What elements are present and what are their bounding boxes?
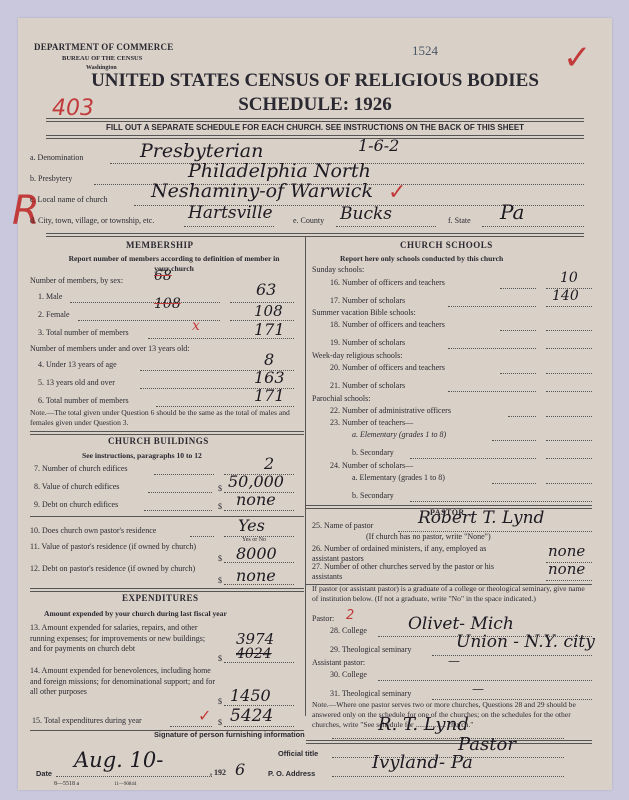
dotted-line	[546, 416, 592, 417]
county-field[interactable]: Bucks	[340, 204, 392, 224]
q28-field[interactable]: Olivet- Mich	[408, 614, 514, 634]
date-field[interactable]: Aug. 10-	[74, 748, 163, 772]
summer-schools-label: Summer vacation Bible schools:	[312, 308, 416, 317]
edifices-debt-field[interactable]: none	[236, 490, 276, 509]
dotted-line	[482, 226, 584, 227]
church-schools-intro: Report here only schools conducted by th…	[340, 254, 503, 263]
divider	[46, 135, 584, 139]
graduate-instructions: If pastor (or assistant pastor) is a gra…	[312, 584, 590, 604]
q16-field[interactable]: 10	[560, 270, 578, 286]
dotted-line	[492, 483, 536, 484]
dotted-line	[410, 458, 536, 459]
divider	[30, 431, 304, 435]
male-label: 1. Male	[38, 292, 62, 301]
census-schedule-sheet: DEPARTMENT OF COMMERCE BUREAU OF THE CEN…	[18, 18, 612, 790]
dotted-line	[156, 406, 294, 407]
pastor-sub-label: Pastor:	[312, 614, 334, 623]
membership-intro: Report number of members according to de…	[64, 254, 284, 274]
female-crossed-value: 108	[154, 296, 181, 312]
dollar-sign: $	[218, 697, 222, 706]
red-check-mark: ✓	[198, 706, 211, 725]
local-name-label: c. Local name of church	[30, 195, 108, 204]
pastor-name-label: 25. Name of pastor	[312, 521, 373, 530]
state-field[interactable]: Pa	[500, 200, 524, 224]
dotted-line	[190, 536, 214, 537]
female-label: 2. Female	[38, 310, 70, 319]
pastor-name-hint: (If church has no pastor, write "None")	[366, 532, 491, 541]
dotted-line	[546, 348, 592, 349]
dotted-line	[70, 302, 220, 303]
expenditures-intro: Amount expended by your church during la…	[44, 609, 227, 618]
date-label: Date	[36, 769, 52, 778]
under-13-label: 4. Under 13 years of age	[38, 360, 117, 369]
edifices-count-label: 7. Number of church edifices	[34, 464, 128, 473]
q17-field[interactable]: 140	[552, 288, 579, 304]
edifices-value-field[interactable]: 50,000	[228, 472, 284, 491]
residence-debt-field[interactable]: none	[236, 566, 276, 585]
denomination-label: a. Denomination	[30, 153, 83, 162]
dollar-sign: $	[218, 554, 222, 563]
membership-note: Note.—The total given under Question 6 s…	[30, 408, 292, 428]
benevolences-label: 14. Amount expended for benevolences, in…	[30, 666, 216, 698]
dotted-line	[154, 474, 214, 475]
po-address-field[interactable]: Ivyland- Pa	[372, 752, 473, 773]
q22-label: 22. Number of administrative officers	[330, 406, 451, 415]
dotted-line	[448, 306, 536, 307]
official-title-label: Official title	[278, 749, 318, 758]
red-check-mark: ✓	[388, 180, 406, 205]
q18-label: 18. Number of officers and teachers	[330, 320, 445, 329]
q26-field[interactable]: none	[548, 542, 585, 560]
dotted-line	[546, 580, 592, 581]
county-label: e. County	[293, 216, 324, 225]
running-expenses-label: 13. Amount expended for salaries, repair…	[30, 623, 216, 655]
male-count-field[interactable]: 63	[256, 280, 276, 299]
local-name-field[interactable]: Neshaminy-of Warwick	[151, 180, 373, 202]
signature-field[interactable]: R. T. Lynd	[378, 714, 469, 735]
q27-field[interactable]: none	[548, 560, 585, 578]
running-expenses-crossed: 4024	[236, 646, 272, 662]
q24b-label: b. Secondary	[352, 491, 394, 500]
membership-heading: MEMBERSHIP	[126, 240, 194, 250]
edifices-count-field[interactable]: 2	[264, 454, 274, 473]
dotted-line	[332, 776, 564, 777]
total-members-age-field[interactable]: 171	[254, 386, 285, 405]
column-divider	[305, 236, 306, 716]
bureau-label: BUREAU OF THE CENSUS	[62, 55, 142, 62]
form-subtitle: SCHEDULE: 1926	[18, 94, 612, 116]
q29-field[interactable]: Union - N.Y. city	[456, 632, 595, 652]
form-code-right: 11—90844	[114, 782, 136, 787]
q27-label: 27. Number of other churches served by t…	[312, 562, 502, 581]
dotted-line	[378, 680, 592, 681]
male-crossed-value: 68	[154, 268, 172, 284]
q21-label: 21. Number of scholars	[330, 381, 405, 390]
dotted-line	[448, 391, 536, 392]
q23b-label: b. Secondary	[352, 448, 394, 457]
total-members-age-label: 6. Total number of members	[38, 396, 129, 405]
form-code-left: 8—5518 a	[54, 781, 79, 787]
total-crossed-mark: x	[192, 318, 200, 334]
church-schools-heading: CHURCH SCHOOLS	[400, 240, 493, 250]
dotted-line	[546, 373, 592, 374]
dotted-line	[184, 226, 274, 227]
city-label: d. City, town, village, or township, etc…	[30, 216, 154, 225]
dotted-line	[224, 510, 294, 511]
divider	[46, 118, 584, 122]
dollar-sign: $	[218, 502, 222, 511]
q24a-label: a. Elementary (grades 1 to 8)	[352, 473, 445, 482]
dotted-line	[500, 288, 536, 289]
dotted-line	[546, 391, 592, 392]
signature-label: Signature of person furnishing informati…	[154, 730, 305, 739]
divider	[46, 233, 584, 237]
total-members-field[interactable]: 171	[254, 320, 285, 339]
church-buildings-intro: See instructions, paragraphs 10 to 12	[82, 451, 202, 460]
pastor-name-field[interactable]: Robert T. Lynd	[418, 508, 544, 528]
over-13-field[interactable]: 163	[254, 368, 285, 387]
sunday-schools-label: Sunday schools:	[312, 265, 364, 274]
residence-debt-label: 12. Debt on pastor's residence (if owned…	[30, 564, 216, 574]
weekday-schools-label: Week-day religious schools:	[312, 351, 402, 360]
residence-value-field[interactable]: 8000	[236, 544, 277, 563]
dotted-line	[148, 492, 212, 493]
yes-no-hint: Yes or No	[242, 537, 266, 543]
total-members-label: 3. Total number of members	[38, 328, 129, 337]
q17-label: 17. Number of scholars	[330, 296, 405, 305]
po-address-label: P. O. Address	[268, 769, 315, 778]
q23-label: 23. Number of teachers—	[330, 418, 413, 427]
owns-residence-label: 10. Does church own pastor's residence	[30, 526, 156, 535]
over-13-label: 5. 13 years old and over	[38, 378, 115, 387]
dotted-line	[410, 501, 592, 502]
dotted-line	[332, 738, 564, 739]
dotted-line	[144, 510, 212, 511]
q30-label: 30. College	[330, 670, 367, 679]
city-field[interactable]: Hartsville	[188, 203, 273, 223]
dotted-line	[56, 776, 212, 777]
dotted-line	[448, 348, 536, 349]
q28-label: 28. College	[330, 626, 367, 635]
dotted-line	[508, 416, 536, 417]
q31-field[interactable]: —	[472, 682, 484, 696]
presbytery-label: b. Presbytery	[30, 174, 72, 183]
divider	[30, 588, 304, 592]
dotted-line	[500, 330, 536, 331]
parochial-schools-label: Parochial schools:	[312, 394, 370, 403]
q19-label: 19. Number of scholars	[330, 338, 405, 347]
benevolences-field[interactable]: 1450	[230, 686, 271, 705]
dotted-line	[224, 726, 294, 727]
by-sex-label: Number of members, by sex:	[30, 276, 123, 285]
dotted-line	[500, 373, 536, 374]
divider	[306, 740, 592, 744]
dollar-sign: $	[218, 576, 222, 585]
church-buildings-heading: CHURCH BUILDINGS	[108, 436, 209, 446]
q29-label: 29. Theological seminary	[330, 645, 411, 654]
year-prefix: , 192	[210, 768, 226, 777]
by-age-label: Number of members under and over 13 year…	[30, 344, 190, 353]
q23a-label: a. Elementary (grades 1 to 8)	[352, 430, 446, 439]
residence-value-label: 11. Value of pastor's residence (if owne…	[30, 542, 216, 552]
dotted-line	[492, 440, 536, 441]
edifices-debt-label: 9. Debt on church edifices	[34, 500, 118, 509]
dotted-line	[546, 483, 592, 484]
dotted-line	[546, 440, 592, 441]
dotted-line	[546, 458, 592, 459]
denomination-field[interactable]: Presbyterian	[140, 140, 263, 162]
dollar-sign: $	[218, 484, 222, 493]
assistant-pastor-label: Assistant pastor:	[312, 658, 365, 667]
q20-label: 20. Number of officers and teachers	[330, 363, 445, 372]
instruction-banner: FILL OUT A SEPARATE SCHEDULE FOR EACH CH…	[18, 123, 612, 132]
assistant-pastor-mark: —	[448, 654, 460, 668]
state-label: f. State	[448, 216, 471, 225]
denomination-code: 1-6-2	[358, 136, 399, 155]
total-expenditures-field[interactable]: 5424	[230, 706, 273, 726]
dollar-sign: $	[218, 718, 222, 727]
dotted-line	[336, 226, 436, 227]
dotted-line	[546, 306, 592, 307]
form-number: 1524	[412, 43, 438, 59]
under-13-field[interactable]: 8	[264, 350, 274, 369]
department-label: DEPARTMENT OF COMMERCE	[34, 42, 173, 52]
year-field[interactable]: 6	[235, 760, 245, 779]
q24-label: 24. Number of scholars—	[330, 461, 413, 470]
edifices-value-label: 8. Value of church edifices	[34, 482, 119, 491]
owns-residence-field[interactable]: Yes	[238, 516, 265, 535]
dotted-line	[224, 662, 294, 663]
dollar-sign: $	[218, 654, 222, 663]
dotted-line	[546, 330, 592, 331]
q31-label: 31. Theological seminary	[330, 689, 411, 698]
presbytery-field[interactable]: Philadelphia North	[188, 160, 371, 182]
dotted-line	[170, 726, 212, 727]
total-expenditures-label: 15. Total expenditures during year	[32, 716, 142, 725]
female-count-field[interactable]: 108	[254, 302, 283, 320]
red-pastor-mark: 2	[346, 608, 354, 623]
q16-label: 16. Number of officers and teachers	[330, 278, 445, 287]
q26-label: 26. Number of ordained ministers, if any…	[312, 544, 502, 563]
form-title: UNITED STATES CENSUS OF RELIGIOUS BODIES	[18, 70, 612, 92]
expenditures-heading: EXPENDITURES	[122, 593, 199, 603]
